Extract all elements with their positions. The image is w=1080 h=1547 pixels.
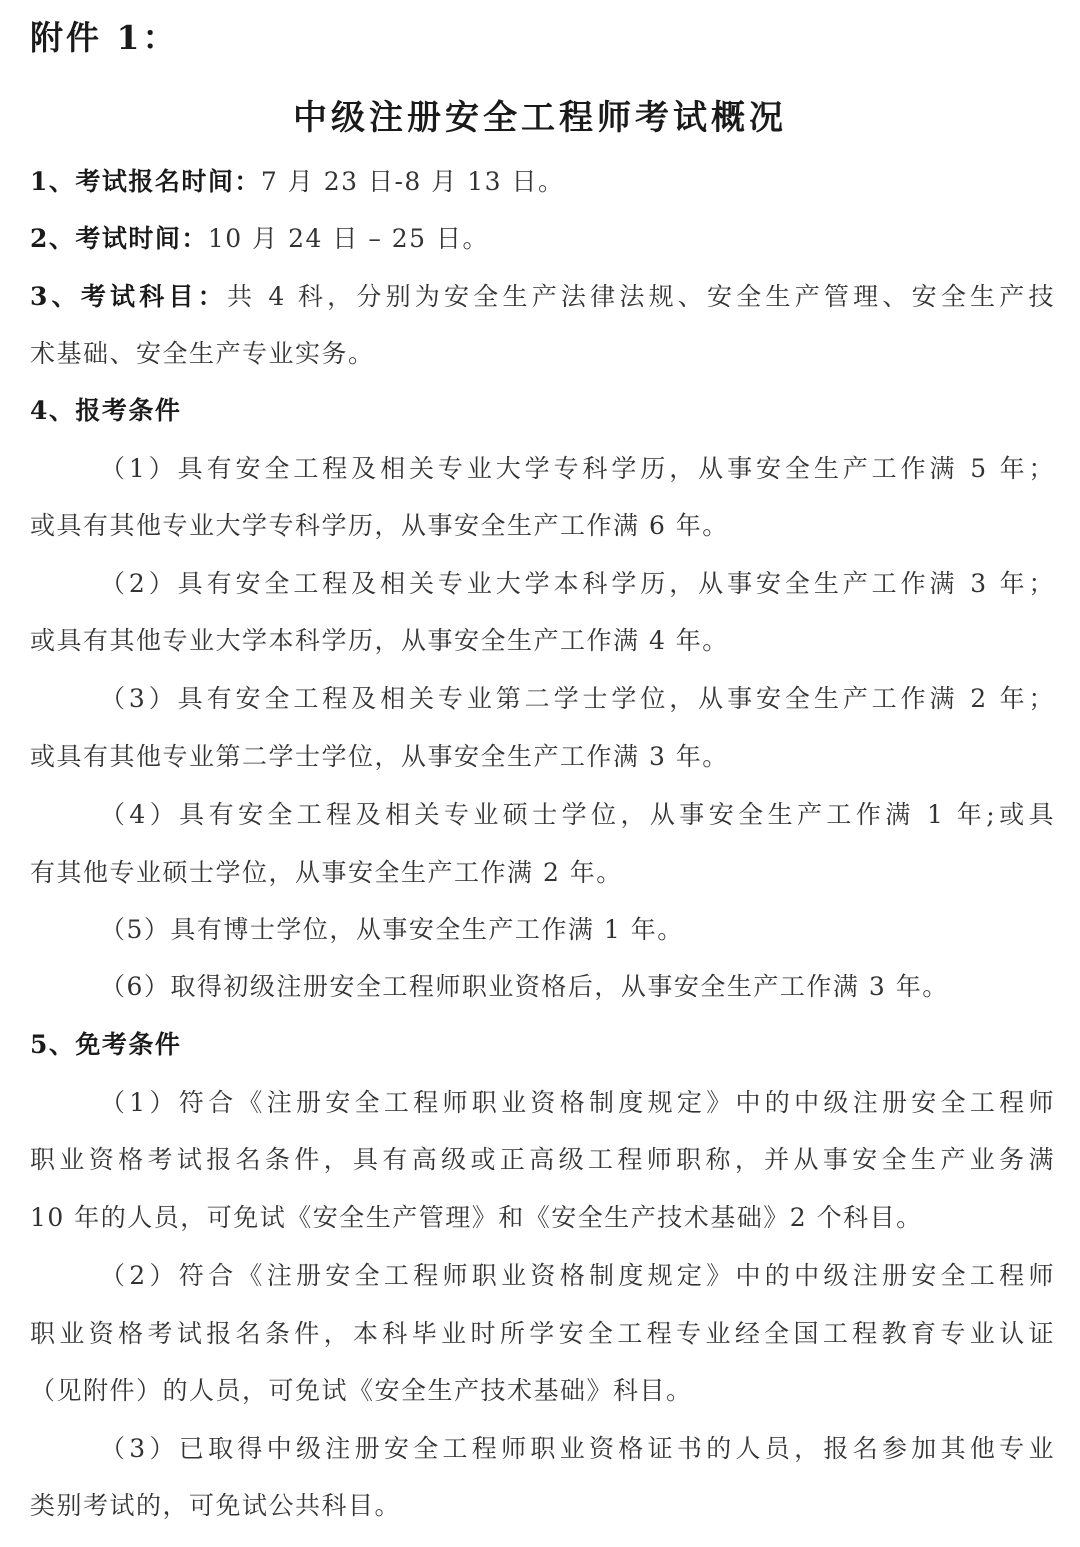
condition-5-line1: （5）具有博士学位，从事安全生产工作满 1 年。 — [100, 910, 1055, 950]
section-1-registration-time: 1、考试报名时间：7 月 23 日-8 月 13 日。 — [30, 162, 1055, 202]
section-3-exam-subjects: 3、考试科目：共 4 科，分别为安全生产法律法规、安全生产管理、安全生产技 — [30, 277, 1055, 317]
exemption-3-line1: （3）已取得中级注册安全工程师职业资格证书的人员，报名参加其他专业 — [100, 1429, 1055, 1469]
exemption-2-line3: （见附件）的人员，可免试《安全生产技术基础》科目。 — [30, 1371, 1055, 1411]
document-title: 中级注册安全工程师考试概况 — [0, 90, 1080, 139]
condition-4-line1: （4）具有安全工程及相关专业硕士学位，从事安全生产工作满 1 年;或具 — [100, 795, 1055, 835]
document-page: 附件 1： 中级注册安全工程师考试概况 1、考试报名时间：7 月 23 日-8 … — [0, 0, 1080, 1547]
exemption-1-line1: （1）符合《注册安全工程师职业资格制度规定》中的中级注册安全工程师 — [100, 1083, 1055, 1123]
exemption-2-line1: （2）符合《注册安全工程师职业资格制度规定》中的中级注册安全工程师 — [100, 1256, 1055, 1296]
exemption-3-line2: 类别考试的，可免试公共科目。 — [30, 1486, 1055, 1526]
condition-3-line1: （3）具有安全工程及相关专业第二学士学位，从事安全生产工作满 2 年； — [100, 679, 1055, 719]
attachment-label: 附件 1： — [30, 12, 178, 59]
section-1-heading: 1、考试报名时间： — [30, 167, 261, 196]
exemption-1-line2: 职业资格考试报名条件，具有高级或正高级工程师职称，并从事安全生产业务满 — [30, 1140, 1055, 1180]
section-2-exam-time: 2、考试时间：10 月 24 日 – 25 日。 — [30, 219, 1055, 259]
section-2-heading: 2、考试时间： — [30, 224, 208, 253]
exemption-2-line2: 职业资格考试报名条件，本科毕业时所学安全工程专业经全国工程教育专业认证 — [30, 1314, 1055, 1354]
condition-2-line1: （2）具有安全工程及相关专业大学本科学历，从事安全生产工作满 3 年； — [100, 564, 1055, 604]
condition-3-line2: 或具有其他专业第二学士学位，从事安全生产工作满 3 年。 — [30, 737, 1055, 777]
exemption-1-line3: 10 年的人员，可免试《安全生产管理》和《安全生产技术基础》2 个科目。 — [30, 1198, 1055, 1238]
section-1-text: 7 月 23 日-8 月 13 日。 — [261, 167, 565, 196]
condition-1-line1: （1）具有安全工程及相关专业大学专科学历，从事安全生产工作满 5 年； — [100, 449, 1055, 489]
section-3-text-line1: 共 4 科，分别为安全生产法律法规、安全生产管理、安全生产技 — [227, 282, 1055, 311]
condition-4-line2: 有其他专业硕士学位，从事安全生产工作满 2 年。 — [30, 853, 1055, 893]
section-2-text: 10 月 24 日 – 25 日。 — [208, 224, 489, 253]
section-3-text-line2: 术基础、安全生产专业实务。 — [30, 334, 1055, 374]
section-4-heading: 4、报考条件 — [30, 391, 1055, 431]
condition-2-line2: 或具有其他专业大学本科学历，从事安全生产工作满 4 年。 — [30, 621, 1055, 661]
condition-6-line1: （6）取得初级注册安全工程师职业资格后，从事安全生产工作满 3 年。 — [100, 967, 1055, 1007]
condition-1-line2: 或具有其他专业大学专科学历，从事安全生产工作满 6 年。 — [30, 506, 1055, 546]
section-3-heading: 3、考试科目： — [30, 282, 227, 311]
section-5-heading: 5、免考条件 — [30, 1025, 1055, 1065]
